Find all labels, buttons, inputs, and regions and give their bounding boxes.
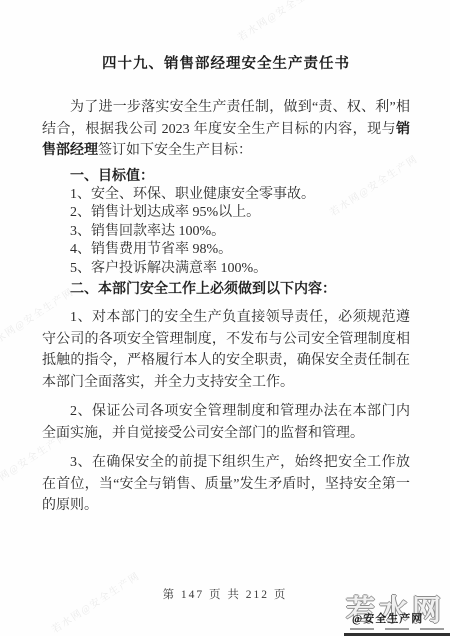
intro-text-after: 签订如下安全生产目标： — [98, 143, 252, 158]
document-page: { "document": { "title": "四十九、销售部经理安全生产责… — [0, 0, 450, 636]
goal-item-5: 5、客户投诉解决满意率 100%。 — [42, 260, 410, 278]
site-logo: 若水网 @安全生产网 — [346, 596, 448, 634]
section2-paragraph-1: 1、对本部门的安全生产负直接领导责任，必须规范遵守公司的各项安全管理制度，不发布… — [42, 307, 410, 393]
goal-item-2: 2、销售计划达成率 95%以上。 — [42, 204, 410, 222]
logo-subtext-bar — [350, 628, 374, 630]
section2-paragraphs: 1、对本部门的安全生产负直接领导责任，必须规范遵守公司的各项安全管理制度，不发布… — [42, 307, 410, 517]
section2-paragraph-3: 3、在确保安全的前提下组织生产，始终把安全工作放在首位，当“安全与销售、质量”发… — [42, 452, 410, 517]
section1-heading: 一、目标值： — [42, 168, 410, 186]
logo-subtext-bars — [350, 628, 444, 630]
goal-list: 1、安全、环保、职业健康安全零事故。 2、销售计划达成率 95%以上。 3、销售… — [42, 186, 410, 278]
section2-paragraph-2: 2、保证公司各项安全管理制度和管理办法在本部门内全面实施，并自觉接受公司安全部门… — [42, 401, 410, 444]
goal-item-1: 1、安全、环保、职业健康安全零事故。 — [42, 186, 410, 204]
page-body: 四十九、销售部经理安全生产责任书 为了进一步落实安全生产责任制，做到“责、权、利… — [0, 0, 450, 636]
section2-heading: 二、本部门安全工作上必须做到以下内容： — [42, 281, 410, 299]
intro-paragraph: 为了进一步落实安全生产责任制，做到“责、权、利”相结合，根据我公司 2023 年… — [42, 97, 410, 162]
intro-text-before: 为了进一步落实安全生产责任制，做到“责、权、利”相结合，根据我公司 2023 年… — [42, 100, 410, 137]
goal-item-3: 3、销售回款率达 100%。 — [42, 223, 410, 241]
logo-subtext-bar — [420, 628, 444, 630]
site-logo-overlay-text: @安全生产网 — [352, 610, 423, 626]
goal-item-4: 4、销售费用节省率 98%。 — [42, 241, 410, 259]
logo-subtext-bar — [385, 628, 409, 630]
document-title: 四十九、销售部经理安全生产责任书 — [42, 52, 410, 73]
